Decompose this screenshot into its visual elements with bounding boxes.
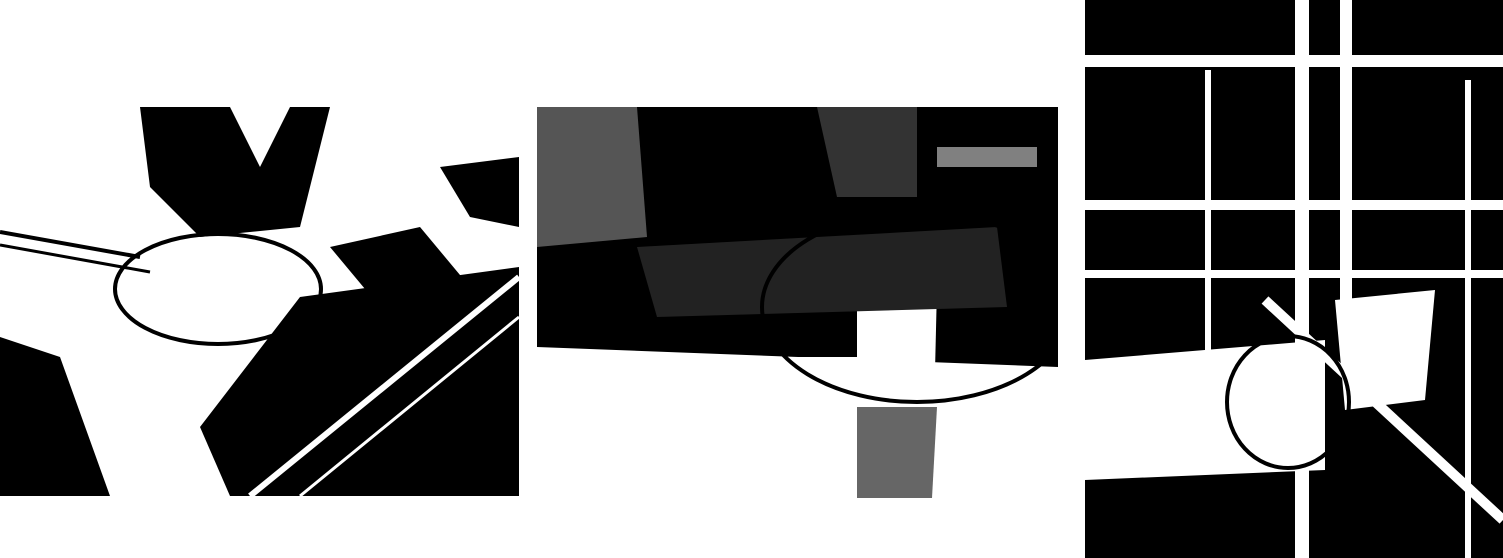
photo-panel-2 xyxy=(537,107,1058,498)
photo-3-graphic xyxy=(1085,0,1503,558)
photo-2-graphic xyxy=(537,107,1058,498)
photo-panel-1 xyxy=(0,107,519,496)
photo-panel-3 xyxy=(1085,0,1503,558)
photo-1-graphic xyxy=(0,107,519,496)
